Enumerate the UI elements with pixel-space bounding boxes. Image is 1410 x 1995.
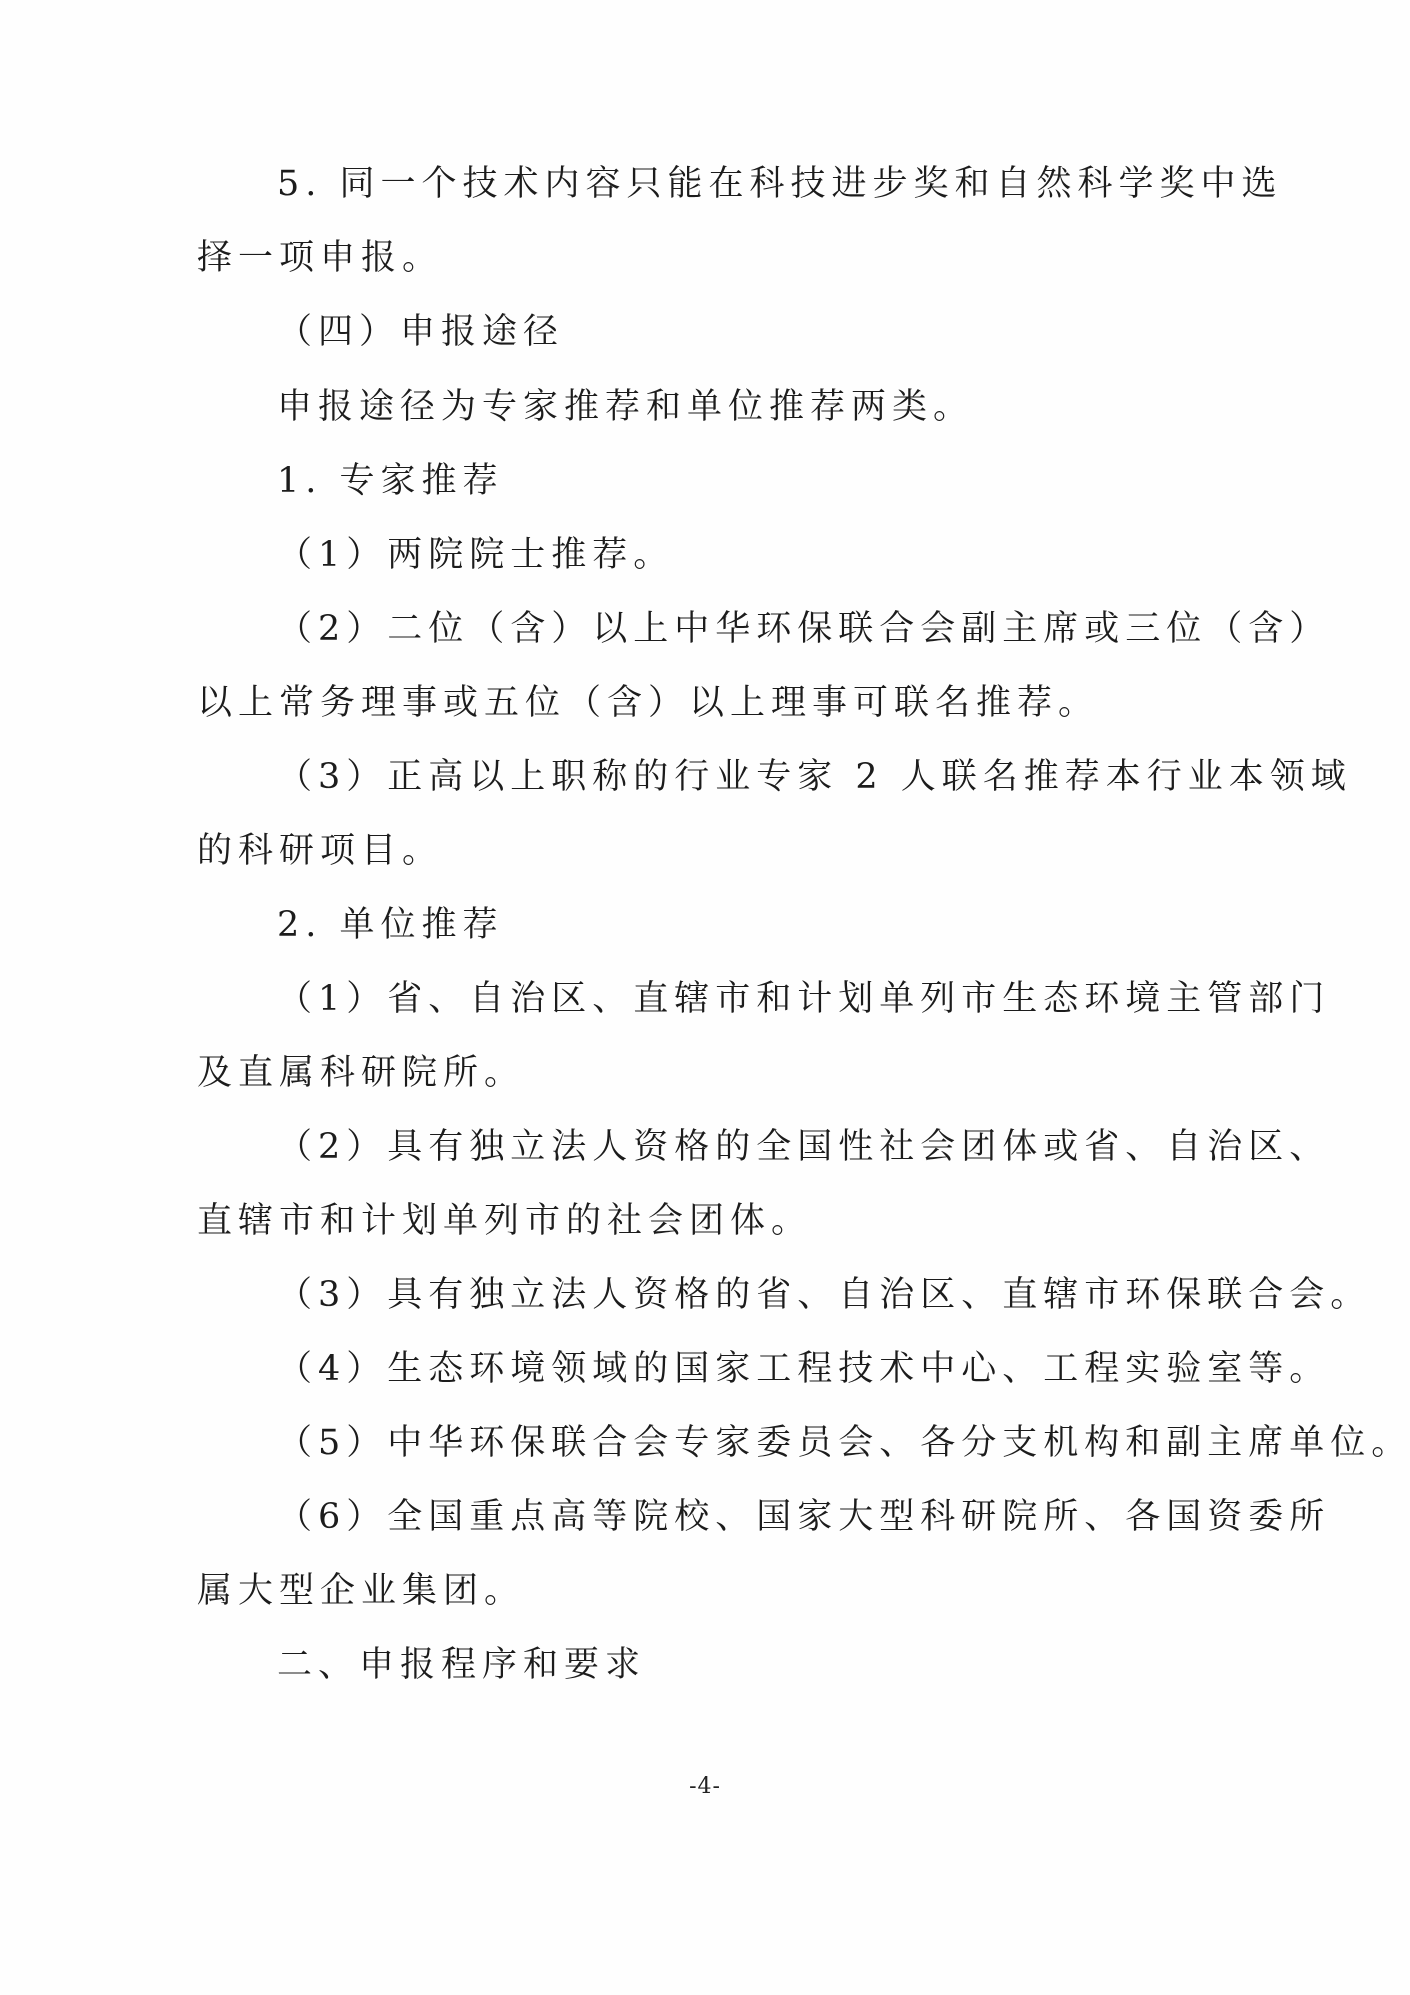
subheading-expert-recommendation: 1. 专家推荐: [277, 459, 504, 503]
paragraph-routes-intro: 申报途径为专家推荐和单位推荐两类。: [277, 385, 974, 429]
expert-item-1: （1）两院院士推荐。: [277, 533, 674, 577]
paragraph-item-5-line-2: 择一项申报。: [197, 236, 443, 280]
section-heading-4: （四）申报途径: [277, 310, 564, 354]
unit-item-2-line-2: 直辖市和计划单列市的社会团体。: [197, 1199, 812, 1243]
document-page: 5. 同一个技术内容只能在科技进步奖和自然科学奖中选 择一项申报。 （四）申报途…: [0, 0, 1410, 1995]
section-heading-two: 二、申报程序和要求: [277, 1643, 646, 1687]
unit-item-6-line-1: （6）全国重点高等院校、国家大型科研院所、各国资委所: [277, 1495, 1330, 1539]
expert-item-3-line-2: 的科研项目。: [197, 829, 443, 873]
unit-item-1-line-2: 及直属科研院所。: [197, 1051, 525, 1095]
page-number: -4-: [0, 1774, 1410, 1799]
expert-item-2-line-2: 以上常务理事或五位（含）以上理事可联名推荐。: [197, 681, 1099, 725]
paragraph-item-5-line-1: 5. 同一个技术内容只能在科技进步奖和自然科学奖中选: [277, 162, 1283, 206]
unit-item-1-line-1: （1）省、自治区、直辖市和计划单列市生态环境主管部门: [277, 977, 1330, 1021]
expert-item-2-line-1: （2）二位（含）以上中华环保联合会副主席或三位（含）: [277, 607, 1330, 651]
unit-item-3: （3）具有独立法人资格的省、自治区、直辖市环保联合会。: [277, 1273, 1371, 1317]
expert-item-3-line-1: （3）正高以上职称的行业专家 2 人联名推荐本行业本领域: [277, 755, 1352, 799]
unit-item-4: （4）生态环境领域的国家工程技术中心、工程实验室等。: [277, 1347, 1330, 1391]
unit-item-2-line-1: （2）具有独立法人资格的全国性社会团体或省、自治区、: [277, 1125, 1330, 1169]
unit-item-5: （5）中华环保联合会专家委员会、各分支机构和副主席单位。: [277, 1421, 1410, 1465]
subheading-unit-recommendation: 2. 单位推荐: [277, 903, 504, 947]
unit-item-6-line-2: 属大型企业集团。: [197, 1569, 525, 1613]
